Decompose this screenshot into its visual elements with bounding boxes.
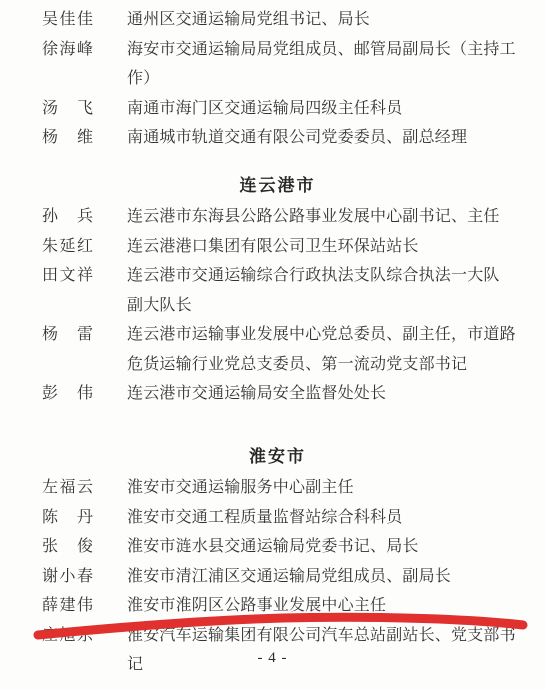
person-name: 吴佳佳: [42, 5, 96, 35]
entry-row: 谢小春淮安市清江浦区交通运输局党组成员、副局长: [42, 562, 527, 592]
person-name: 张 俊: [42, 532, 96, 562]
person-position: 淮安市清江浦区交通运输局党组成员、副局长: [127, 562, 527, 592]
document-page: 吴佳佳通州区交通运输局党组书记、局长徐海峰海安市交通运输局局党组成员、邮管局副局…: [0, 0, 545, 690]
person-position: 南通城市轨道交通有限公司党委委员、副总经理: [127, 123, 527, 153]
person-name: 杨 雷: [42, 320, 96, 350]
person-name: 薛建伟: [42, 591, 96, 621]
person-name: 徐海峰: [42, 35, 96, 65]
entry-row: 陈 丹淮安市交通工程质量监督站综合科科员: [42, 503, 527, 533]
person-position: 连云港港口集团有限公司卫生环保站站长: [127, 232, 527, 262]
person-position: 海安市交通运输局局党组成员、邮管局副局长（主持工作）: [127, 35, 527, 94]
person-position: 连云港市交通运输局安全监督处处长: [127, 379, 527, 409]
entry-row: 左福云淮安市交通运输服务中心副主任: [42, 473, 527, 503]
person-name: 庄旭东: [42, 621, 96, 651]
entry-row: 孙 兵连云港市东海县公路公路事业发展中心副书记、主任: [42, 202, 527, 232]
person-name: 彭 伟: [42, 379, 96, 409]
page-number: - 4 -: [0, 650, 545, 667]
entry-row: 薛建伟淮安市淮阴区公路事业发展中心主任: [42, 591, 527, 621]
entry-row: 朱延红连云港港口集团有限公司卫生环保站站长: [42, 232, 527, 262]
person-position: 淮安市涟水县交通运输局党委书记、局长: [127, 532, 527, 562]
entry-row: 彭 伟连云港市交通运输局安全监督处处长: [42, 379, 527, 409]
city-section: 淮安市左福云淮安市交通运输服务中心副主任陈 丹淮安市交通工程质量监督站综合科科员…: [42, 442, 527, 680]
person-position: 淮安市交通工程质量监督站综合科科员: [127, 503, 527, 533]
person-position: 淮安市淮阴区公路事业发展中心主任: [127, 591, 527, 621]
entry-row: 杨 雷连云港市运输事业发展中心党总委员、副主任，市道路 危货运输行业党总支委员、…: [42, 320, 527, 379]
person-name: 谢小春: [42, 562, 96, 592]
person-position: 通州区交通运输局党组书记、局长: [127, 5, 527, 35]
entry-row: 杨 维南通城市轨道交通有限公司党委委员、副总经理: [42, 123, 527, 153]
entry-row: 吴佳佳通州区交通运输局党组书记、局长: [42, 5, 527, 35]
entry-row: 田文祥连云港市交通运输综合行政执法支队综合执法一大队 副大队长: [42, 261, 527, 320]
person-position: 连云港市交通运输综合行政执法支队综合执法一大队 副大队长: [127, 261, 527, 320]
entry-row: 张 俊淮安市涟水县交通运输局党委书记、局长: [42, 532, 527, 562]
person-position: 连云港市运输事业发展中心党总委员、副主任，市道路 危货运输行业党总支委员、第一流…: [127, 320, 527, 379]
person-name: 杨 维: [42, 123, 96, 153]
document-body: 吴佳佳通州区交通运输局党组书记、局长徐海峰海安市交通运输局局党组成员、邮管局副局…: [42, 5, 527, 680]
person-name: 左福云: [42, 473, 96, 503]
person-name: 朱延红: [42, 232, 96, 262]
person-name: 陈 丹: [42, 503, 96, 533]
person-name: 孙 兵: [42, 202, 96, 232]
person-name: 汤 飞: [42, 94, 96, 124]
person-name: 田文祥: [42, 261, 96, 291]
person-position: 连云港市东海县公路公路事业发展中心副书记、主任: [127, 202, 527, 232]
city-header: 淮安市: [42, 442, 513, 472]
person-position: 南通市海门区交通运输局四级主任科员: [127, 94, 527, 124]
person-position: 淮安市交通运输服务中心副主任: [127, 473, 527, 503]
entry-row: 徐海峰海安市交通运输局局党组成员、邮管局副局长（主持工作）: [42, 35, 527, 94]
entry-row: 汤 飞南通市海门区交通运输局四级主任科员: [42, 94, 527, 124]
city-header: 连云港市: [42, 171, 513, 201]
city-section: 吴佳佳通州区交通运输局党组书记、局长徐海峰海安市交通运输局局党组成员、邮管局副局…: [42, 5, 527, 153]
city-section: 连云港市孙 兵连云港市东海县公路公路事业发展中心副书记、主任朱延红连云港港口集团…: [42, 171, 527, 409]
